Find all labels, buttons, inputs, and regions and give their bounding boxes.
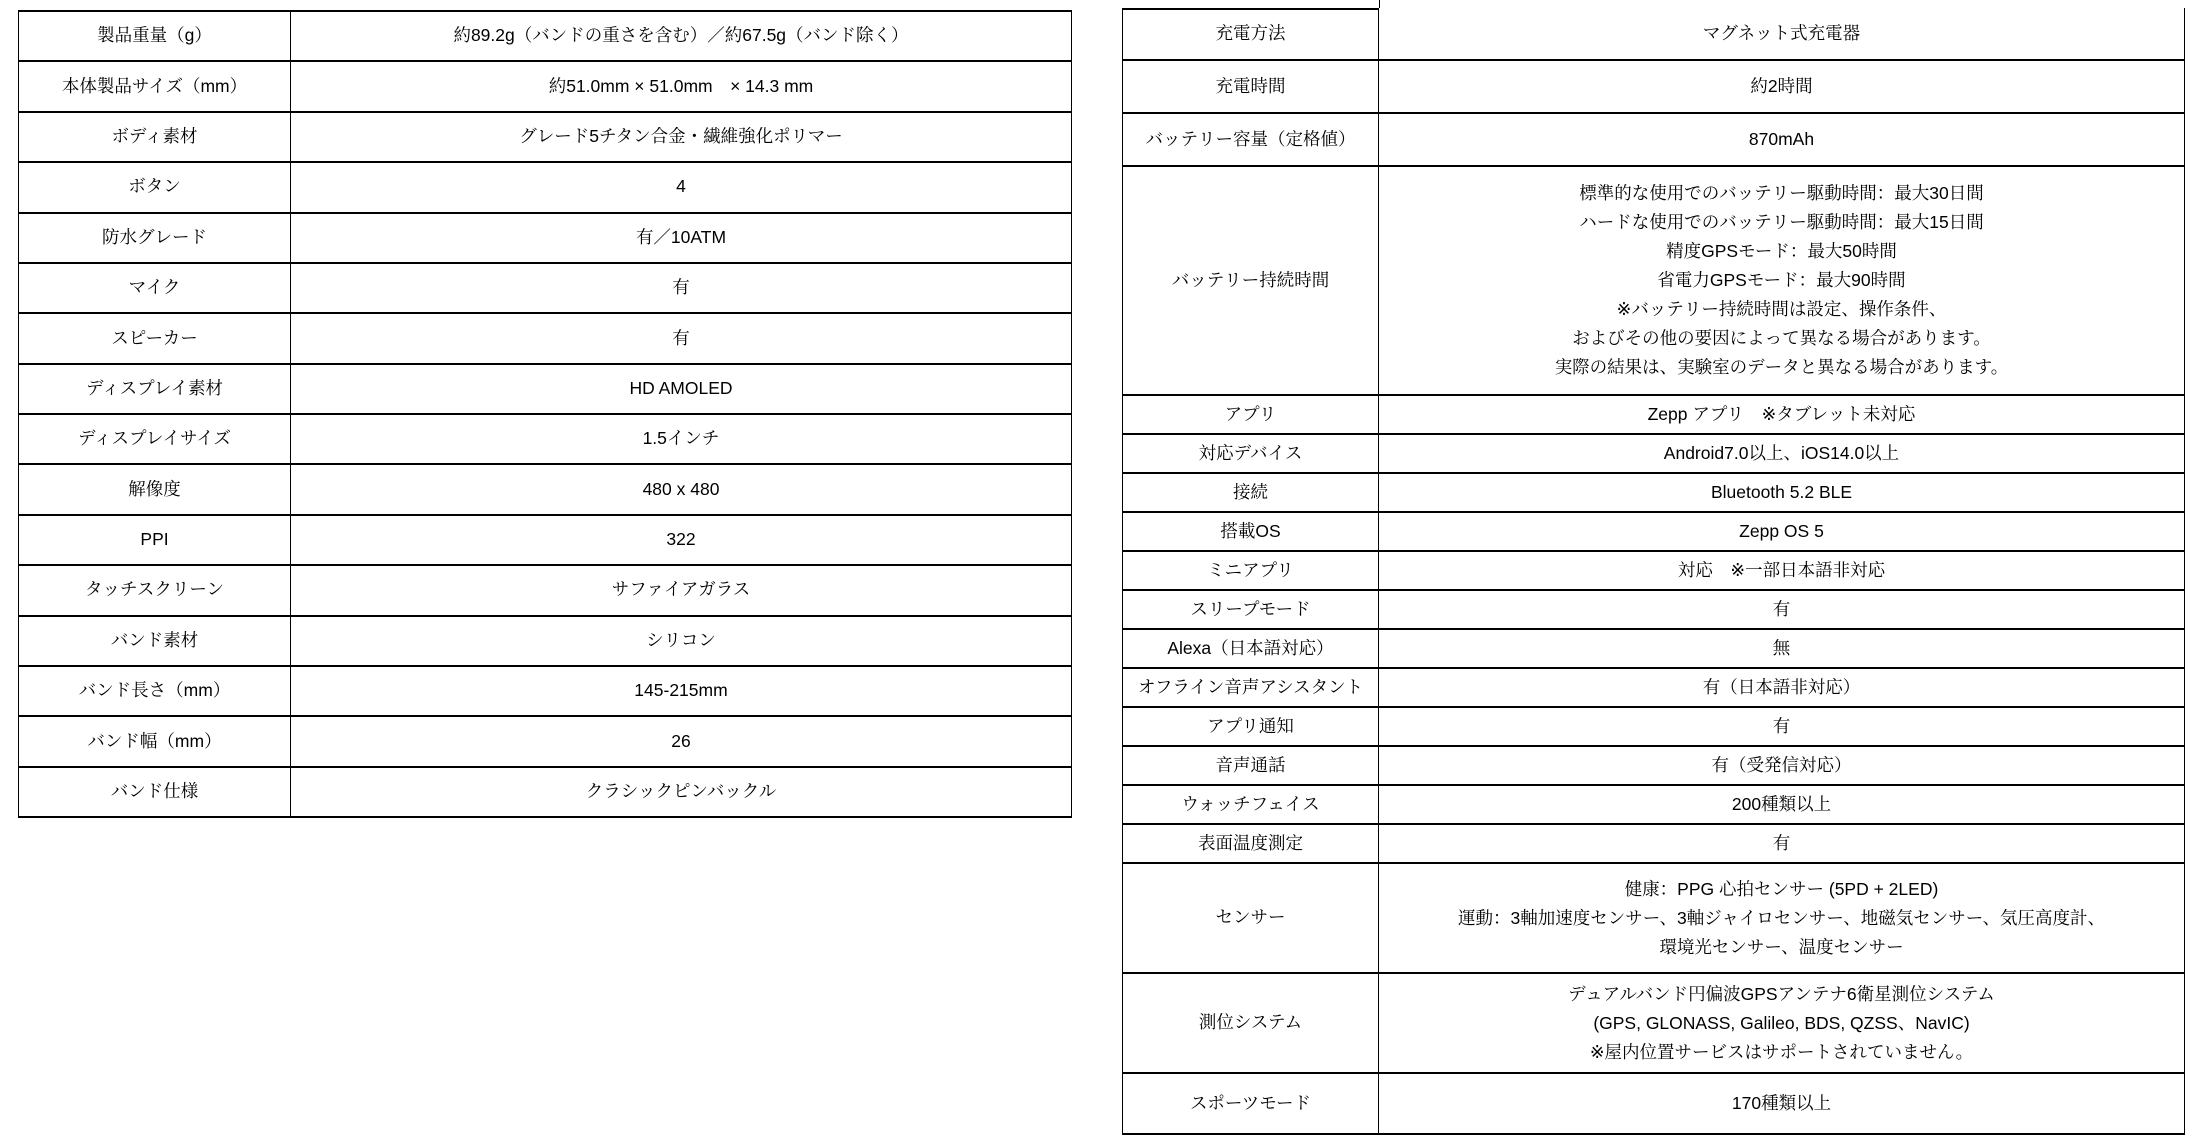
spec-value: HD AMOLED xyxy=(291,365,1071,413)
spec-value: グレード5チタン合金・繊維強化ポリマー xyxy=(291,113,1071,161)
table-row: ウォッチフェイス200種類以上 xyxy=(1123,786,2184,825)
spec-value: 有 xyxy=(291,314,1071,362)
spec-label: ウォッチフェイス xyxy=(1123,786,1379,823)
spec-label: 防水グレード xyxy=(19,214,291,262)
spec-label: センサー xyxy=(1123,864,1379,972)
spec-label: 解像度 xyxy=(19,465,291,513)
spec-value: シリコン xyxy=(291,617,1071,665)
table-row: 搭載OSZepp OS 5 xyxy=(1123,513,2184,552)
spec-table-right: 充電方法マグネット式充電器充電時間約2時間バッテリー容量（定格値）870mAhバ… xyxy=(1122,8,2185,1135)
table-row: 充電方法マグネット式充電器 xyxy=(1123,8,2184,61)
spec-label: 充電方法 xyxy=(1123,8,1379,59)
table-row: 製品重量（g）約89.2g（バンドの重さを含む）／約67.5g（バンド除く） xyxy=(19,12,1071,62)
spec-value-line: 運動：3軸加速度センサー、3軸ジャイロセンサー、地磁気センサー、気圧高度計、 xyxy=(1458,904,2105,933)
spec-label: バッテリー持続時間 xyxy=(1123,167,1379,394)
spec-value: クラシックピンバックル xyxy=(291,768,1071,816)
spec-value-line: 精度GPSモード：最大50時間 xyxy=(1666,237,1897,266)
spec-value: 無 xyxy=(1379,630,2184,667)
table-row: 音声通話有（受発信対応） xyxy=(1123,747,2184,786)
spec-value: 有（受発信対応） xyxy=(1379,747,2184,784)
spec-value: 対応 ※一部日本語非対応 xyxy=(1379,552,2184,589)
spec-label: ディスプレイ素材 xyxy=(19,365,291,413)
spec-value: 有 xyxy=(291,264,1071,312)
spec-value: 26 xyxy=(291,717,1071,765)
spec-label: 音声通話 xyxy=(1123,747,1379,784)
spec-value-line: ハードな使用でのバッテリー駆動時間：最大15日間 xyxy=(1579,208,1983,237)
spec-label: アプリ通知 xyxy=(1123,708,1379,745)
spec-value: 480 x 480 xyxy=(291,465,1071,513)
table-row: アプリZepp アプリ ※タブレット未対応 xyxy=(1123,396,2184,435)
spec-label: タッチスクリーン xyxy=(19,566,291,614)
spec-value: 標準的な使用でのバッテリー駆動時間：最大30日間ハードな使用でのバッテリー駆動時… xyxy=(1379,167,2184,394)
spec-label: 測位システム xyxy=(1123,974,1379,1072)
spec-label: スリープモード xyxy=(1123,591,1379,628)
spec-value-line: デュアルバンド円偏波GPSアンテナ6衛星測位システム xyxy=(1568,980,1995,1009)
table-row: ディスプレイ素材HD AMOLED xyxy=(19,365,1071,415)
table-row: バンド幅（mm）26 xyxy=(19,717,1071,767)
table-row: PPI322 xyxy=(19,516,1071,566)
spec-value: 200種類以上 xyxy=(1379,786,2184,823)
table-row: 表面温度測定有 xyxy=(1123,825,2184,864)
spec-label: 対応デバイス xyxy=(1123,435,1379,472)
table-row: ボディ素材グレード5チタン合金・繊維強化ポリマー xyxy=(19,113,1071,163)
table-row: バンド素材シリコン xyxy=(19,617,1071,667)
spec-value-line: ※屋内位置サービスはサポートされていません。 xyxy=(1590,1038,1973,1067)
spec-label: バンド仕様 xyxy=(19,768,291,816)
table-row: 防水グレード有／10ATM xyxy=(19,214,1071,264)
table-row: 対応デバイスAndroid7.0以上、iOS14.0以上 xyxy=(1123,435,2184,474)
spec-table-left: 製品重量（g）約89.2g（バンドの重さを含む）／約67.5g（バンド除く）本体… xyxy=(18,10,1072,818)
spec-label: アプリ xyxy=(1123,396,1379,433)
table-row: 解像度480 x 480 xyxy=(19,465,1071,515)
table-row: オフライン音声アシスタント有（日本語非対応） xyxy=(1123,669,2184,708)
spec-value: マグネット式充電器 xyxy=(1379,8,2184,59)
spec-value: Zepp アプリ ※タブレット未対応 xyxy=(1379,396,2184,433)
spec-value-line: (GPS, GLONASS, Galileo, BDS, QZSS、NavIC) xyxy=(1593,1009,1969,1038)
spec-value: 有／10ATM xyxy=(291,214,1071,262)
spec-value: 約51.0mm × 51.0mm × 14.3 mm xyxy=(291,62,1071,110)
table-row: センサー健康：PPG 心拍センサー (5PD + 2LED)運動：3軸加速度セン… xyxy=(1123,864,2184,974)
spec-value-line: 省電力GPSモード：最大90時間 xyxy=(1657,266,1905,295)
table-row: バッテリー容量（定格値）870mAh xyxy=(1123,114,2184,167)
spec-value: 170種類以上 xyxy=(1379,1074,2184,1133)
table-row: Alexa（日本語対応）無 xyxy=(1123,630,2184,669)
spec-value: Zepp OS 5 xyxy=(1379,513,2184,550)
spec-value-line: 標準的な使用でのバッテリー駆動時間：最大30日間 xyxy=(1579,179,1983,208)
table-row: スポーツモード170種類以上 xyxy=(1123,1074,2184,1133)
spec-label: 充電時間 xyxy=(1123,61,1379,112)
table-row: スピーカー有 xyxy=(19,314,1071,364)
spec-label: ディスプレイサイズ xyxy=(19,415,291,463)
spec-label: ミニアプリ xyxy=(1123,552,1379,589)
spec-label: 本体製品サイズ（mm） xyxy=(19,62,291,110)
spec-label: バンド素材 xyxy=(19,617,291,665)
spec-value: 有 xyxy=(1379,825,2184,862)
spec-value: 145-215mm xyxy=(291,667,1071,715)
table-row: マイク有 xyxy=(19,264,1071,314)
spec-value: デュアルバンド円偏波GPSアンテナ6衛星測位システム(GPS, GLONASS,… xyxy=(1379,974,2184,1072)
spec-label: 製品重量（g） xyxy=(19,12,291,60)
spec-label: 搭載OS xyxy=(1123,513,1379,550)
table-row: バンド仕様クラシックピンバックル xyxy=(19,768,1071,816)
table-row: バッテリー持続時間標準的な使用でのバッテリー駆動時間：最大30日間ハードな使用で… xyxy=(1123,167,2184,396)
spec-label: ボタン xyxy=(19,163,291,211)
spec-value-line: 健康：PPG 心拍センサー (5PD + 2LED) xyxy=(1625,875,1939,904)
spec-value: 有 xyxy=(1379,708,2184,745)
spec-value-line: 環境光センサー、温度センサー xyxy=(1659,933,1903,962)
spec-value: 322 xyxy=(291,516,1071,564)
table-row: 充電時間約2時間 xyxy=(1123,61,2184,114)
spec-label: 接続 xyxy=(1123,474,1379,511)
spec-label: PPI xyxy=(19,516,291,564)
spec-value: サファイアガラス xyxy=(291,566,1071,614)
spec-value: 約89.2g（バンドの重さを含む）／約67.5g（バンド除く） xyxy=(291,12,1071,60)
table-row: アプリ通知有 xyxy=(1123,708,2184,747)
spec-label: Alexa（日本語対応） xyxy=(1123,630,1379,667)
table-row: 測位システムデュアルバンド円偏波GPSアンテナ6衛星測位システム(GPS, GL… xyxy=(1123,974,2184,1074)
spec-value: 有 xyxy=(1379,591,2184,628)
spec-value: 約2時間 xyxy=(1379,61,2184,112)
spec-value-line: およびその他の要因によって異なる場合があります。 xyxy=(1572,324,1991,353)
table-row: スリープモード有 xyxy=(1123,591,2184,630)
spec-value: 有（日本語非対応） xyxy=(1379,669,2184,706)
table-row: ミニアプリ対応 ※一部日本語非対応 xyxy=(1123,552,2184,591)
spec-value: Android7.0以上、iOS14.0以上 xyxy=(1379,435,2184,472)
spec-value: 4 xyxy=(291,163,1071,211)
spec-label: 表面温度測定 xyxy=(1123,825,1379,862)
spec-label: スポーツモード xyxy=(1123,1074,1379,1133)
table-row: ボタン4 xyxy=(19,163,1071,213)
spec-value: 1.5インチ xyxy=(291,415,1071,463)
spec-value: 870mAh xyxy=(1379,114,2184,165)
spec-label: バンド長さ（mm） xyxy=(19,667,291,715)
spec-label: バンド幅（mm） xyxy=(19,717,291,765)
table-row: タッチスクリーンサファイアガラス xyxy=(19,566,1071,616)
spec-label: スピーカー xyxy=(19,314,291,362)
spec-label: ボディ素材 xyxy=(19,113,291,161)
spec-value: Bluetooth 5.2 BLE xyxy=(1379,474,2184,511)
spec-value-line: 実際の結果は、実験室のデータと異なる場合があります。 xyxy=(1555,353,2009,382)
spec-value-line: ※バッテリー持続時間は設定、操作条件、 xyxy=(1617,295,1947,324)
spec-label: バッテリー容量（定格値） xyxy=(1123,114,1379,165)
table-row: ディスプレイサイズ1.5インチ xyxy=(19,415,1071,465)
spec-label: オフライン音声アシスタント xyxy=(1123,669,1379,706)
spec-label: マイク xyxy=(19,264,291,312)
table-row: 接続Bluetooth 5.2 BLE xyxy=(1123,474,2184,513)
table-row: バンド長さ（mm）145-215mm xyxy=(19,667,1071,717)
table-row: 本体製品サイズ（mm）約51.0mm × 51.0mm × 14.3 mm xyxy=(19,62,1071,112)
spec-value: 健康：PPG 心拍センサー (5PD + 2LED)運動：3軸加速度センサー、3… xyxy=(1379,864,2184,972)
